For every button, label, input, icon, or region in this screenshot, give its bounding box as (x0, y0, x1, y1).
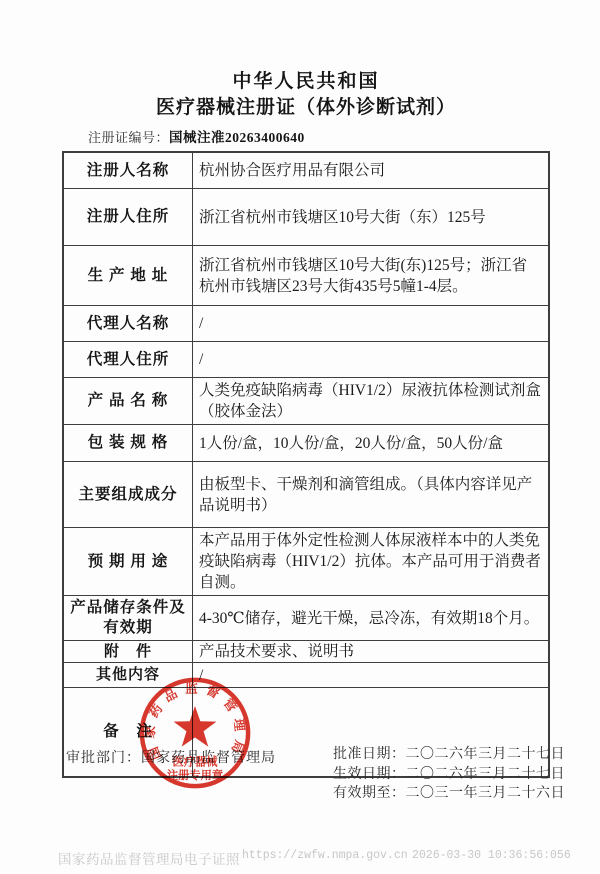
footer-issuer: 国家药品监督管理局电子证照 (58, 848, 240, 868)
registration-number-value: 国械注准20263400640 (169, 130, 305, 145)
row-label: 生 产 地 址 (63, 246, 193, 306)
approval-date-line: 批准日期：二〇二六年三月二十七日 (333, 745, 565, 765)
approval-date-label: 批准日期： (333, 747, 406, 762)
table-row: 生 产 地 址 浙江省杭州市钱塘区10号大街(东)125号；浙江省杭州市钱塘区2… (63, 246, 549, 306)
table-row: 代理人名称 / (63, 306, 549, 342)
table-row: 注册人名称 杭州协合医疗用品有限公司 (63, 152, 549, 189)
expiry-date-value: 二〇三一年三月二十六日 (406, 786, 566, 801)
row-value: 人类免疫缺陷病毒（HIV1/2）尿液抗体检测试剂盒（胶体金法） (193, 378, 550, 425)
row-label: 包 装 规 格 (63, 425, 193, 462)
certificate-title: 医疗器械注册证（体外诊断试剂） (62, 95, 550, 121)
row-label: 附 件 (63, 641, 193, 663)
row-label: 产 品 名 称 (63, 378, 193, 425)
title-block: 中华人民共和国 医疗器械注册证（体外诊断试剂） (62, 70, 550, 121)
certificate-page: 中华人民共和国 医疗器械注册证（体外诊断试剂） 注册证编号：国械注准202634… (0, 0, 600, 874)
registration-number-label: 注册证编号： (88, 130, 169, 145)
row-label: 主要组成成分 (63, 462, 193, 528)
row-value: 杭州协合医疗用品有限公司 (193, 152, 550, 189)
row-label: 代理人住所 (63, 342, 193, 378)
table-row: 预 期 用 途 本产品用于体外定性检测人体尿液样本中的人类免疫缺陷病毒（HIV1… (63, 528, 549, 596)
table-row: 主要组成成分 由板型卡、干燥剂和滴管组成。（具体内容详见产品说明书） (63, 462, 549, 528)
row-value: 1人份/盒，10人份/盒，20人份/盒，50人份/盒 (193, 425, 550, 462)
seal-graphic: 国家药品监督管理局 医疗器械 注册专用章 (132, 670, 258, 796)
row-label: 注册人住所 (63, 189, 193, 246)
table-row: 产品储存条件及有效期 4-30℃储存，避光干燥，忌冷冻，有效期18个月。 (63, 596, 549, 641)
table-row: 代理人住所 / (63, 342, 549, 378)
seal-text-line1: 医疗器械 (172, 754, 218, 768)
row-label: 注册人名称 (63, 152, 193, 189)
row-value: / (193, 342, 550, 378)
footer-url: https://zwfw.nmpa.gov.cn (242, 849, 408, 862)
footer-timestamp: 2026-03-30 10:36:56:056 (412, 849, 571, 862)
row-value: 由板型卡、干燥剂和滴管组成。（具体内容详见产品说明书） (193, 462, 550, 528)
table-row: 注册人住所 浙江省杭州市钱塘区10号大街（东）125号 (63, 189, 549, 246)
effective-date-value: 二〇二六年三月二十七日 (406, 767, 566, 782)
effective-date-line: 生效日期：二〇二六年三月二十七日 (333, 765, 565, 785)
row-value: 浙江省杭州市钱塘区10号大街（东）125号 (193, 189, 550, 246)
expiry-date-label: 有效期至： (333, 786, 406, 801)
approval-date-value: 二〇二六年三月二十七日 (406, 747, 566, 762)
row-value: / (193, 306, 550, 342)
row-value: 4-30℃储存，避光干燥，忌冷冻，有效期18个月。 (193, 596, 550, 641)
row-label: 产品储存条件及有效期 (63, 596, 193, 641)
table-row: 产 品 名 称 人类免疫缺陷病毒（HIV1/2）尿液抗体检测试剂盒（胶体金法） (63, 378, 549, 425)
seal-star-icon (174, 706, 217, 747)
approval-dates: 批准日期：二〇二六年三月二十七日 生效日期：二〇二六年三月二十七日 有效期至：二… (333, 745, 565, 804)
row-label: 代理人名称 (63, 306, 193, 342)
table-row: 包 装 规 格 1人份/盒，10人份/盒，20人份/盒，50人份/盒 (63, 425, 549, 462)
row-value: 产品技术要求、说明书 (193, 641, 550, 663)
table-row: 附 件 产品技术要求、说明书 (63, 641, 549, 663)
expiry-date-line: 有效期至：二〇三一年三月二十六日 (333, 784, 565, 804)
official-seal: 国家药品监督管理局 医疗器械 注册专用章 (132, 670, 258, 796)
registration-number: 注册证编号：国械注准20263400640 (88, 126, 305, 146)
row-value: 浙江省杭州市钱塘区10号大街(东)125号；浙江省杭州市钱塘区23号大街435号… (193, 246, 550, 306)
approval-department-label: 审批部门： (66, 751, 141, 766)
country-title: 中华人民共和国 (62, 70, 550, 94)
row-value: 本产品用于体外定性检测人体尿液样本中的人类免疫缺陷病毒（HIV1/2）抗体。本产… (193, 528, 550, 596)
effective-date-label: 生效日期： (333, 767, 406, 782)
row-label: 预 期 用 途 (63, 528, 193, 596)
seal-text-line2: 注册专用章 (167, 768, 224, 782)
